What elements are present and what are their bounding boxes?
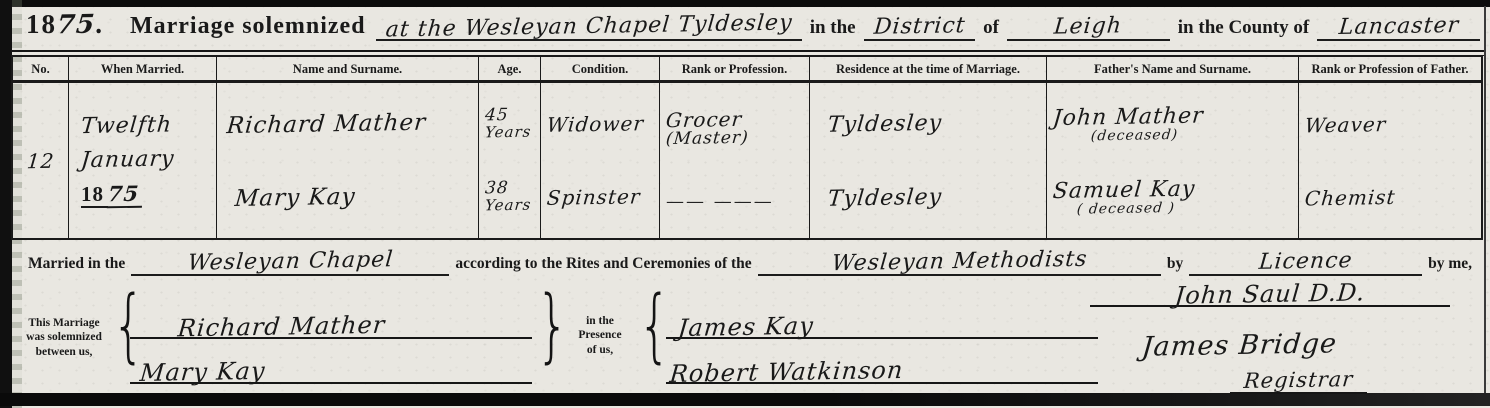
groom-name: Richard Mather [222, 109, 474, 139]
groom-rank-group: Grocer (Master) [666, 109, 803, 148]
witness1-signature-line: James Kay [666, 294, 1098, 339]
when-married-year-handwritten: 75 [107, 181, 145, 209]
when-married-month: January [80, 146, 211, 173]
scan-edge-bottom [0, 393, 1490, 406]
presence-label-line1: in the [566, 314, 634, 328]
groom-age-unit: Years [484, 124, 534, 141]
bride-condition: Spinster [546, 184, 654, 210]
witness2-signature-line: Robert Watkinson [666, 339, 1098, 384]
bride-name: Mary Kay [222, 182, 474, 212]
bride-rank-dash: —— ——— [666, 191, 803, 212]
scan-edge-right [1484, 6, 1486, 394]
col-header-when-married: When Married. [68, 57, 216, 83]
groom-father-note: (deceased) [1052, 126, 1293, 145]
district-name-text: Leigh [1053, 13, 1123, 39]
bride-father-note: ( deceased ) [1052, 199, 1293, 218]
cell-conditions: Widower Spinster [540, 83, 659, 238]
title-heading: Marriage solemnized [130, 13, 366, 40]
groom-signature-line: Richard Mather [130, 294, 532, 339]
col-header-condition: Condition. [540, 57, 659, 83]
year-period: . [95, 9, 104, 39]
groom-rank-line2: (Master) [665, 129, 804, 149]
groom-father-group: John Mather (deceased) [1053, 105, 1292, 143]
this-marriage-label-line1: This Marriage [16, 316, 112, 330]
groom-father-rank: Weaver [1304, 110, 1476, 137]
cell-when-married: Twelfth January 1875 [68, 83, 216, 238]
col-header-age: Age. [478, 57, 540, 83]
col-header-name-surname: Name and Surname. [216, 57, 478, 83]
officiant-signature: John Saul D.D. [1174, 278, 1367, 309]
denomination-text: Wesleyan Methodists [830, 247, 1088, 276]
marriage-certificate-scan: 1875. Marriage solemnized at the Wesleya… [0, 0, 1490, 408]
married-in-label: Married in the [28, 255, 125, 273]
district-word-handwritten: District [864, 13, 976, 41]
registrar-title-text: Registrar [1243, 367, 1355, 393]
presence-label: in the Presence of us, [566, 314, 634, 357]
presence-label-line3: of us, [566, 343, 634, 357]
when-married-day: Twelfth [80, 112, 211, 139]
cell-names: Richard Mather Mary Kay [216, 83, 478, 238]
certificate-title-row: 1875. Marriage solemnized at the Wesleya… [26, 9, 1480, 50]
cell-father-ranks: Weaver Chemist [1298, 83, 1481, 238]
place-of-marriage-handwritten: at the Wesleyan Chapel Tyldesley [376, 13, 802, 41]
groom-signature: Richard Mather [129, 311, 387, 343]
cell-ages: 45 Years 38 Years [478, 83, 540, 238]
groom-residence: Tyldesley [815, 109, 1042, 138]
col-header-no: No. [13, 57, 68, 83]
cell-entry-no: 12 [13, 83, 68, 238]
witness2-signature: Robert Watkinson [665, 356, 905, 388]
bride-father-group: Samuel Kay ( deceased ) [1053, 178, 1292, 216]
when-married-year-printed: 18 [81, 182, 108, 208]
col-header-residence: Residence at the time of Marriage. [809, 57, 1046, 83]
district-word-text: District [872, 13, 966, 40]
bride-father-rank: Chemist [1304, 184, 1476, 211]
cell-ranks: Grocer (Master) —— ——— [659, 83, 809, 238]
register-table: No. When Married. Name and Surname. Age.… [11, 55, 1483, 240]
officiant-signature-line: John Saul D.D. [1090, 280, 1450, 307]
bride-signature: Mary Kay [129, 357, 267, 387]
year-printed: 18 [26, 9, 57, 39]
groom-condition: Widower [546, 111, 654, 137]
signature-section: This Marriage was solemnized between us,… [14, 294, 1482, 394]
county-name-handwritten: Lancaster [1317, 13, 1480, 41]
entry-no-value: 12 [26, 148, 56, 172]
brace-decoration [536, 280, 569, 373]
district-name-handwritten: Leigh [1007, 13, 1170, 41]
col-header-rank-profession: Rank or Profession. [659, 57, 809, 83]
bride-signature-line: Mary Kay [130, 339, 532, 384]
denomination: Wesleyan Methodists [758, 248, 1161, 276]
when-married-year: 1875 [81, 181, 210, 208]
witness-signatures: James Kay Robert Watkinson [666, 294, 1098, 384]
registrar-signature: James Bridge [1142, 330, 1337, 361]
col-header-father-rank: Rank or Profession of Father. [1298, 57, 1481, 83]
this-marriage-label-line3: between us, [16, 345, 112, 359]
bride-residence: Tyldesley [815, 183, 1042, 212]
county-name-text: Lancaster [1337, 13, 1459, 40]
cell-residences: Tyldesley Tyldesley [809, 83, 1046, 238]
witness1-signature: James Kay [665, 312, 815, 343]
year-handwritten: 75 [56, 10, 97, 41]
cell-father-names: John Mather (deceased) Samuel Kay ( dece… [1046, 83, 1298, 238]
this-marriage-label-line2: was solemnized [16, 330, 112, 344]
rites-label: according to the Rites and Ceremonies of… [455, 255, 751, 273]
registrar-signature-text: James Bridge [1140, 328, 1338, 362]
of-label: of [983, 17, 999, 39]
married-in-place-text: Wesleyan Chapel [186, 247, 394, 276]
by-me-label: by me, [1428, 255, 1472, 273]
bride-age-group: 38 Years [485, 180, 534, 214]
groom-age-group: 45 Years [485, 107, 534, 141]
in-the-label: in the [810, 17, 856, 39]
county-label: in the County of [1178, 17, 1309, 39]
marriage-authority-text: Licence [1258, 248, 1354, 275]
bride-age-unit: Years [484, 198, 534, 215]
this-marriage-label: This Marriage was solemnized between us, [16, 316, 112, 359]
married-in-place: Wesleyan Chapel [131, 248, 449, 276]
marriage-authority: Licence [1189, 248, 1422, 276]
col-header-father-name: Father's Name and Surname. [1046, 57, 1298, 83]
registrar-title: Registrar [1230, 368, 1367, 394]
scan-edge-top [0, 0, 1490, 7]
place-of-marriage-text: at the Wesleyan Chapel Tyldesley [384, 10, 793, 42]
party-signatures: Richard Mather Mary Kay [130, 294, 532, 384]
presence-label-line2: Presence [566, 328, 634, 342]
year: 1875. [26, 9, 104, 40]
by-label: by [1167, 255, 1183, 273]
